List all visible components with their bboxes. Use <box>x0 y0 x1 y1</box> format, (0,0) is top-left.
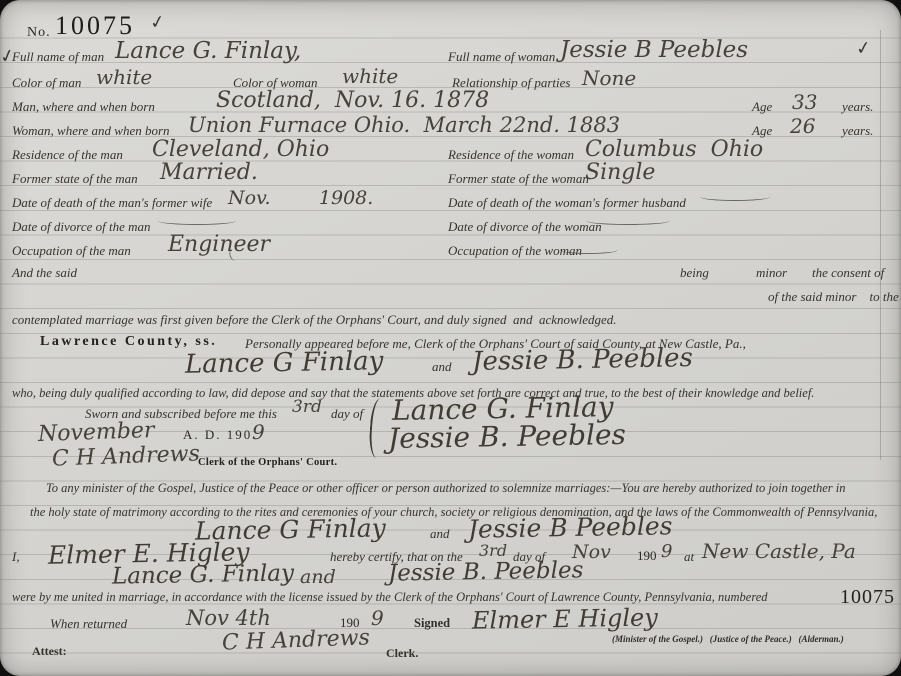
man-age-label: Age <box>752 100 772 114</box>
license-number: 10075 <box>55 11 135 41</box>
woman-born-label: Woman, where and when born <box>12 124 170 138</box>
woman-age-value: 26 <box>790 114 815 138</box>
blank-dash <box>158 216 236 225</box>
authorization-line2: the holy state of matrimony according to… <box>30 505 877 520</box>
man-wife-death-label: Date of death of the man's former wife <box>12 196 212 210</box>
blank-dash <box>700 192 770 201</box>
woman-residence-label: Residence of the woman <box>448 148 574 162</box>
photo-frame: No. 10075 ✓ ✓ ✓ Full name of man Lance G… <box>0 0 901 676</box>
certification-day: 3rd <box>479 541 507 560</box>
authorization-line1: To any minister of the Gospel, Justice o… <box>46 481 845 496</box>
blank-dash <box>586 216 670 225</box>
certification-at: at <box>684 549 694 565</box>
woman-residence-value: Columbus Ohio <box>585 137 763 162</box>
woman-former-state-value: Single <box>585 160 655 185</box>
man-former-state-value: Married. <box>160 160 258 185</box>
woman-born-value: Union Furnace Ohio. March 22nd. 1883 <box>188 113 620 137</box>
man-name-value: Lance G. Finlay, <box>115 38 301 64</box>
certification-year-printed: 190 <box>637 549 657 563</box>
check-icon: ✓ <box>855 37 873 60</box>
certification-place: New Castle, Pa <box>702 539 856 563</box>
man-color-value: white <box>96 65 152 89</box>
certification-year-digit: 9 <box>661 541 672 562</box>
clerk-signature: C H Andrews <box>52 441 201 471</box>
sworn-woman-signature: Jessie B. Peebles <box>388 418 626 455</box>
county-heading: Lawrence County, ss. <box>40 334 217 350</box>
certification-woman-signature: Jessie B. Peebles <box>388 557 584 586</box>
brace-mark <box>368 398 388 459</box>
minor-line2: of the said minor to the <box>768 290 899 304</box>
relationship-value: None <box>582 66 636 90</box>
page-edge-line <box>880 30 881 460</box>
minor-line3: contemplated marriage was first given be… <box>12 312 617 328</box>
check-icon: ✓ <box>148 11 167 34</box>
man-occupation-label: Occupation of the man <box>12 244 131 258</box>
man-born-label: Man, where and when born <box>12 100 155 114</box>
county-and: and <box>432 360 452 374</box>
woman-former-state-label: Former state of the woman <box>448 172 589 186</box>
county-woman-signature: Jessie B. Peebles <box>472 343 693 377</box>
man-former-state-label: Former state of the man <box>12 172 138 186</box>
man-name-label: Full name of man <box>12 50 104 64</box>
attest-clerk-label: Clerk. <box>386 646 418 660</box>
man-residence-label: Residence of the man <box>12 148 123 162</box>
sworn-year-digit: 9 <box>252 420 265 444</box>
woman-name-label: Full name of woman <box>448 50 555 64</box>
return-date: Nov 4th <box>186 606 271 630</box>
man-age-years: years. <box>842 100 873 114</box>
blank-dash <box>560 245 618 254</box>
marriage-license-document: No. 10075 ✓ ✓ ✓ Full name of man Lance G… <box>0 0 901 676</box>
man-residence-value: Cleveland, Ohio <box>152 137 329 162</box>
minor-clause-lead: And the said <box>12 266 77 280</box>
license-no-label: No. <box>27 25 51 40</box>
man-divorce-label: Date of divorce of the man <box>12 220 151 234</box>
return-minister-signature: Elmer E Higley <box>472 603 658 634</box>
signed-label: Signed <box>414 616 450 631</box>
ad-label: A. D. 190 <box>183 428 252 442</box>
sworn-day: 3rd <box>292 397 322 417</box>
certification-man-signature: Lance G. Finlay <box>112 560 294 589</box>
sworn-day-of: day of <box>331 406 363 422</box>
woman-husband-death-label: Date of death of the woman's former husb… <box>448 196 686 210</box>
man-born-value: Scotland, Nov. 16. 1878 <box>216 88 489 113</box>
clerk-title: Clerk of the Orphans' Court. <box>198 457 337 468</box>
minor-being: being <box>680 266 709 280</box>
woman-divorce-label: Date of divorce of the woman <box>448 220 602 234</box>
license-number-bottom: 10075 <box>840 586 895 609</box>
attest-clerk-signature: C H Andrews <box>222 625 371 655</box>
county-man-signature: Lance G Finlay <box>185 346 384 379</box>
man-wife-death-value: Nov. 1908. <box>228 187 373 209</box>
authorization-woman-signature: Jessie B Peebles <box>468 511 673 544</box>
minor-minor: minor <box>756 266 787 280</box>
return-year-digit: 9 <box>371 606 384 630</box>
minor-consent: the consent of <box>812 266 884 280</box>
when-returned-label: When returned <box>50 616 127 632</box>
woman-age-years: years. <box>842 124 873 138</box>
certification-i: I, <box>12 549 20 565</box>
man-age-value: 33 <box>792 90 817 114</box>
attest-label: Attest: <box>32 644 67 658</box>
authorization-and: and <box>430 527 450 541</box>
man-occupation-value: Engineer <box>168 232 270 257</box>
certification-and: and <box>300 566 336 588</box>
woman-color-value: white <box>342 64 398 88</box>
officiant-titles: (Minister of the Gospel.) (Justice of th… <box>612 634 844 644</box>
woman-name-value: Jessie B Peebles <box>560 37 748 63</box>
man-color-label: Color of man <box>12 76 81 90</box>
